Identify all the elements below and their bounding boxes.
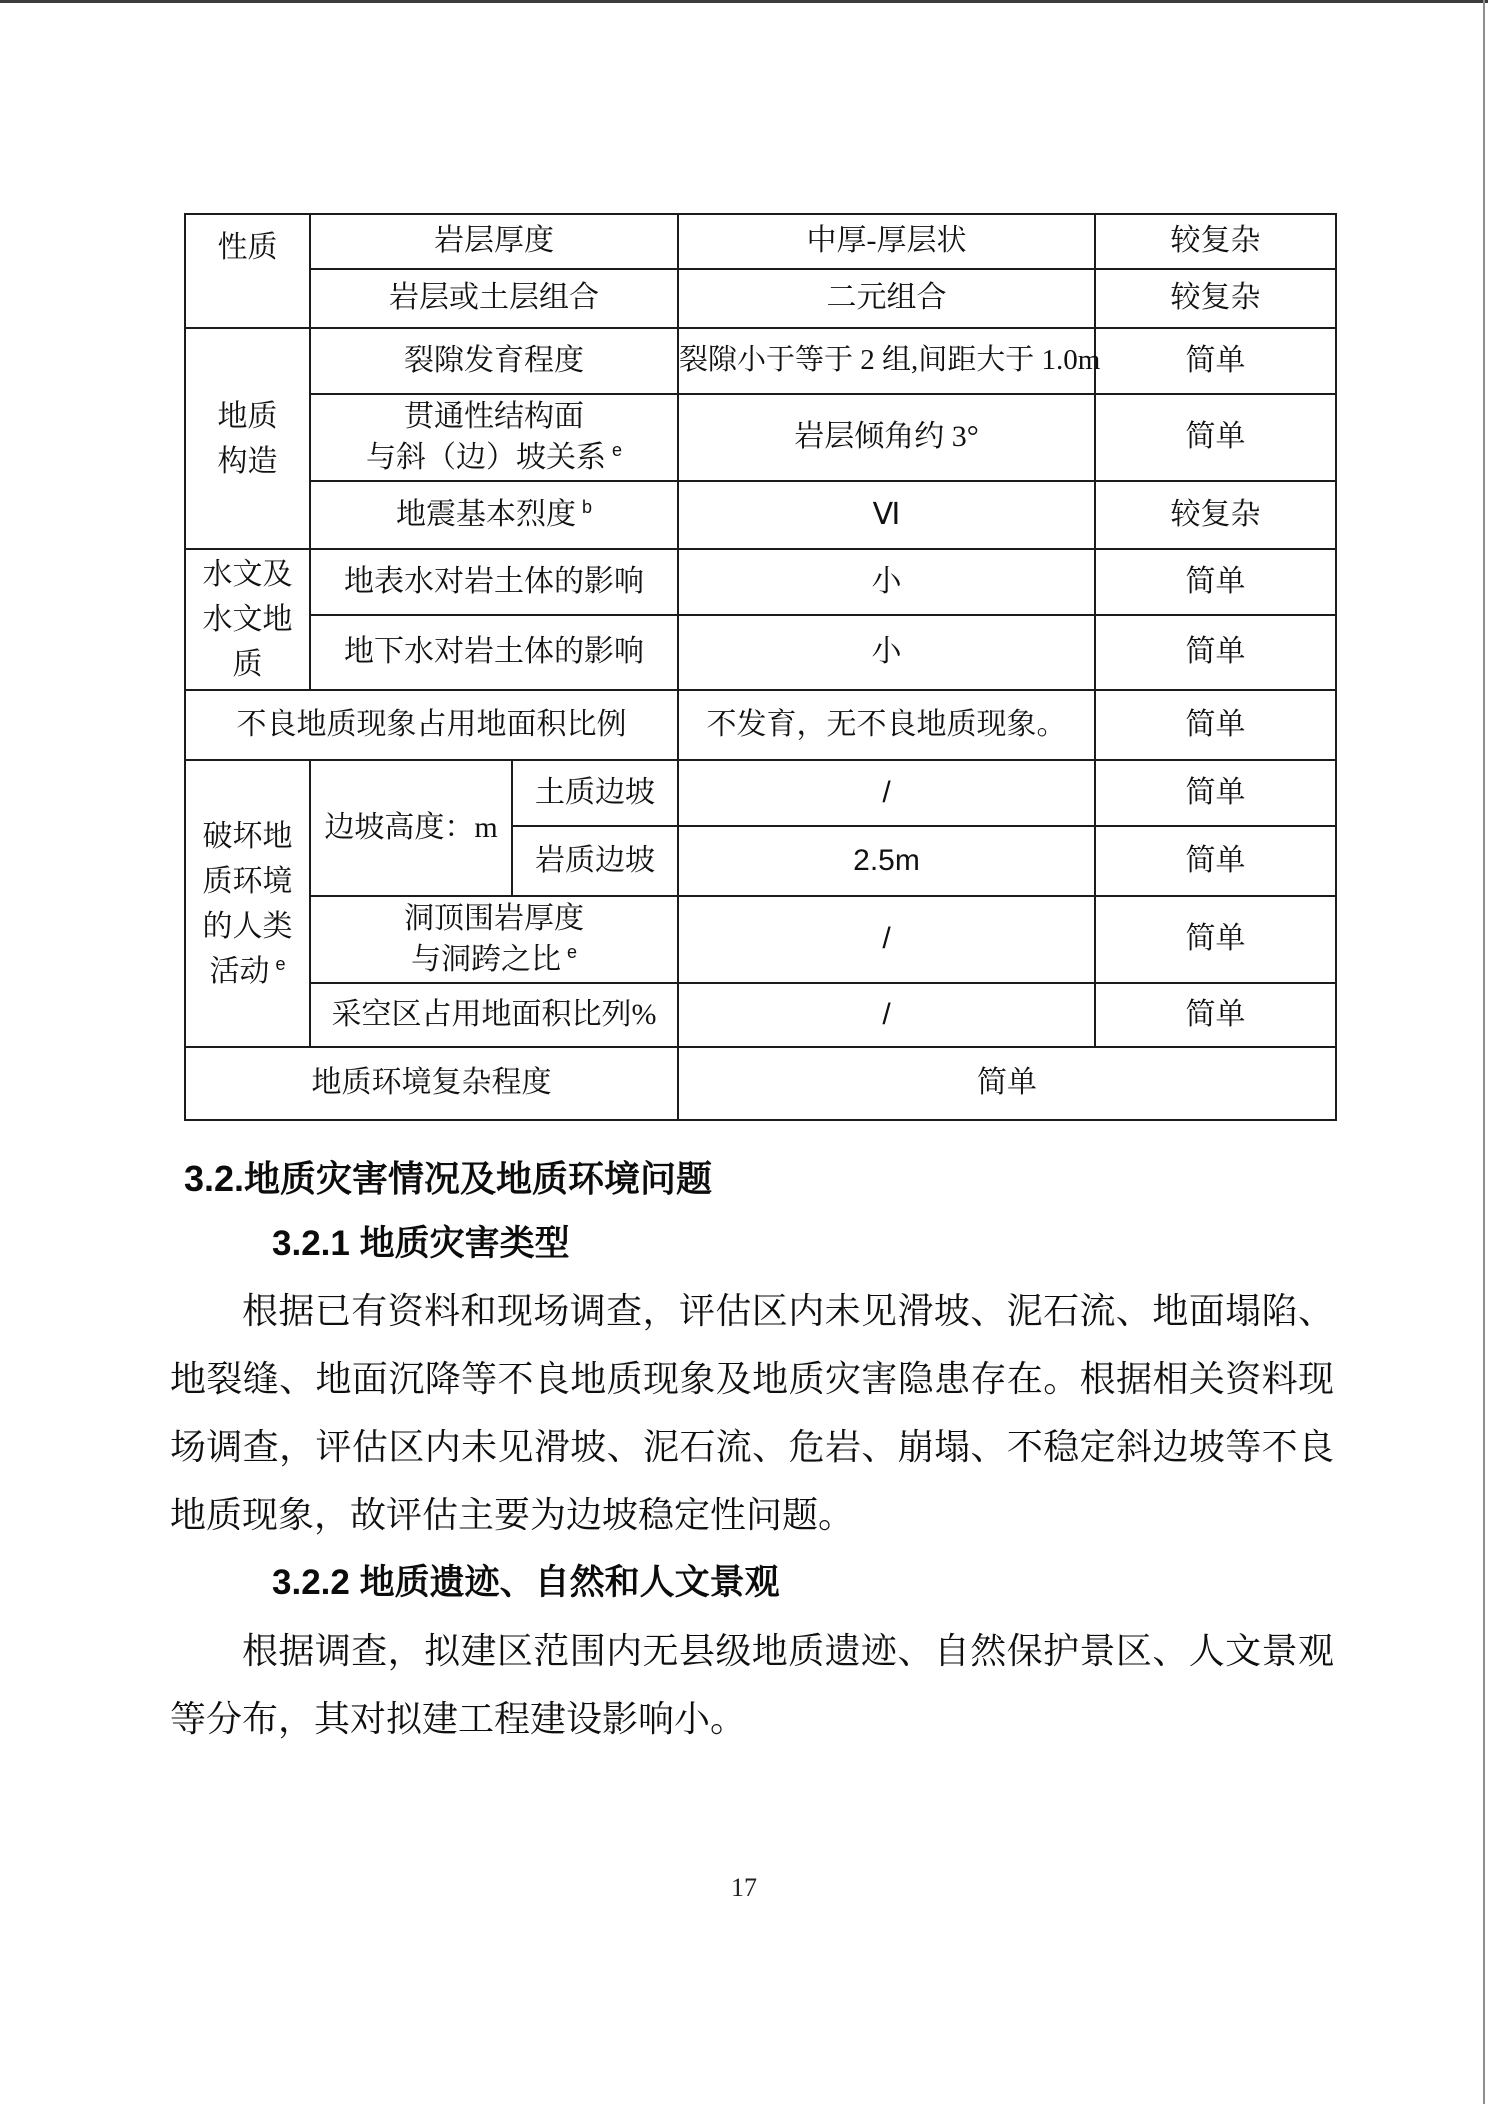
cell-label: 地下水对岩土体的影响 (310, 615, 678, 690)
cell-label-line: 与洞跨之比e (315, 940, 673, 981)
footnote-mark: e (275, 954, 285, 974)
group-label-line: 地质 (188, 394, 307, 439)
group-cell-gouzao: 地质 构造 (185, 328, 310, 549)
cell-grade: 较复杂 (1095, 269, 1336, 328)
table-row: 地质 构造 裂隙发育程度 裂隙小于等于 2 组,间距大于 1.0m 简单 (185, 328, 1336, 394)
group-label: 性质 (188, 225, 307, 270)
cell-grade: 简单 (1095, 394, 1336, 481)
page-number: 17 (0, 1873, 1488, 1903)
paragraph-heritage: 根据调查，拟建区范围内无县级地质遗迹、自然保护景区、人文景观 等分布，其对拟建工… (170, 1617, 1334, 1753)
table-row: 水文及 水文地 质 地表水对岩土体的影响 小 简单 (185, 549, 1336, 615)
cell-label: 土质边坡 (512, 760, 678, 826)
cell-label-text: 与斜（边）坡关系 (366, 441, 606, 474)
cell-label: 采空区占用地面积比列% (310, 983, 678, 1047)
cell-label: 地表水对岩土体的影响 (310, 549, 678, 615)
group-label-line: 的人类 (188, 904, 307, 949)
group-label-text: 活动 (209, 955, 269, 988)
scan-edge-right (1483, 0, 1485, 2104)
cell-value: 不发育，无不良地质现象。 (678, 690, 1095, 760)
table-row: 地质环境复杂程度 简单 (185, 1047, 1336, 1120)
cell-value: 小 (678, 615, 1095, 690)
cell-label: 岩层或土层组合 (310, 269, 678, 328)
cell-grade: 简单 (1095, 896, 1336, 983)
cell-value-complexity: 简单 (678, 1047, 1336, 1120)
group-label-line: 水文地 (188, 597, 307, 642)
section-heading-3-2-1: 3.2.1 地质灾害类型 (272, 1223, 570, 1265)
cell-value: / (678, 760, 1095, 826)
cell-label: 洞顶围岩厚度 与洞跨之比e (310, 896, 678, 983)
cell-grade: 较复杂 (1095, 481, 1336, 549)
cell-value: 小 (678, 549, 1095, 615)
cell-value: 裂隙小于等于 2 组,间距大于 1.0m (678, 328, 1095, 394)
document-page: 性质 岩层厚度 中厚-厚层状 较复杂 岩层或土层组合 二元组合 较复杂 地质 构… (0, 0, 1488, 2104)
table-row: 地震基本烈度b Ⅵ 较复杂 (185, 481, 1336, 549)
cell-label: 岩质边坡 (512, 826, 678, 896)
cell-grade: 简单 (1095, 983, 1336, 1047)
paragraph-line: 地裂缝、地面沉降等不良地质现象及地质灾害隐患存在。根据相关资料现 (170, 1345, 1334, 1413)
cell-label: 裂隙发育程度 (310, 328, 678, 394)
table-row: 性质 岩层厚度 中厚-厚层状 较复杂 (185, 214, 1336, 269)
cell-grade: 简单 (1095, 690, 1336, 760)
cell-value: 中厚-厚层状 (678, 214, 1095, 269)
group-cell-renlei-huodong: 破坏地 质环境 的人类 活动e (185, 760, 310, 1047)
cell-value: Ⅵ (678, 481, 1095, 549)
paragraph-line: 根据已有资料和现场调查，评估区内未见滑坡、泥石流、地面塌陷、 (170, 1277, 1334, 1345)
paragraph-line: 地质现象，故评估主要为边坡稳定性问题。 (170, 1481, 1334, 1549)
footnote-mark: e (612, 440, 622, 460)
section-heading-3-2-2: 3.2.2 地质遗迹、自然和人文景观 (272, 1562, 780, 1604)
group-label-line: 活动e (188, 949, 307, 994)
cell-label-text: 与洞跨之比 (411, 943, 561, 976)
footnote-mark: e (567, 942, 577, 962)
cell-label-line: 与斜（边）坡关系e (315, 438, 673, 479)
group-cell-xingzhi: 性质 (185, 214, 310, 328)
scan-edge-top (0, 0, 1488, 3)
group-label-line: 质 (188, 642, 307, 687)
cell-grade: 较复杂 (1095, 214, 1336, 269)
cell-label: 贯通性结构面 与斜（边）坡关系e (310, 394, 678, 481)
cell-label-line: 洞顶围岩厚度 (315, 899, 673, 940)
group-label-line: 构造 (188, 439, 307, 484)
group-label-line: 质环境 (188, 859, 307, 904)
cell-label: 地震基本烈度b (310, 481, 678, 549)
cell-grade: 简单 (1095, 826, 1336, 896)
cell-label-text: 地震基本烈度 (396, 498, 576, 531)
table-row: 洞顶围岩厚度 与洞跨之比e / 简单 (185, 896, 1336, 983)
cell-label: 岩层厚度 (310, 214, 678, 269)
table-row: 贯通性结构面 与斜（边）坡关系e 岩层倾角约 3° 简单 (185, 394, 1336, 481)
cell-slope-height: 边坡高度：m (310, 760, 512, 896)
table-row: 地下水对岩土体的影响 小 简单 (185, 615, 1336, 690)
geology-environment-table: 性质 岩层厚度 中厚-厚层状 较复杂 岩层或土层组合 二元组合 较复杂 地质 构… (184, 213, 1337, 1121)
cell-grade: 简单 (1095, 549, 1336, 615)
cell-value: 岩层倾角约 3° (678, 394, 1095, 481)
table-row: 破坏地 质环境 的人类 活动e 边坡高度：m 土质边坡 / 简单 (185, 760, 1336, 826)
cell-label-complexity: 地质环境复杂程度 (185, 1047, 678, 1120)
paragraph-disaster-types: 根据已有资料和现场调查，评估区内未见滑坡、泥石流、地面塌陷、 地裂缝、地面沉降等… (170, 1277, 1334, 1549)
group-label-line: 破坏地 (188, 814, 307, 859)
cell-grade: 简单 (1095, 760, 1336, 826)
table-row: 岩层或土层组合 二元组合 较复杂 (185, 269, 1336, 328)
paragraph-line: 场调查，评估区内未见滑坡、泥石流、危岩、崩塌、不稳定斜边坡等不良 (170, 1413, 1334, 1481)
group-cell-shuiwen: 水文及 水文地 质 (185, 549, 310, 690)
paragraph-line: 等分布，其对拟建工程建设影响小。 (170, 1685, 1334, 1753)
cell-value: 2.5m (678, 826, 1095, 896)
table-row: 不良地质现象占用地面积比例 不发育，无不良地质现象。 简单 (185, 690, 1336, 760)
cell-grade: 简单 (1095, 328, 1336, 394)
paragraph-line: 根据调查，拟建区范围内无县级地质遗迹、自然保护景区、人文景观 (170, 1617, 1334, 1685)
cell-value: 二元组合 (678, 269, 1095, 328)
table-row: 采空区占用地面积比列% / 简单 (185, 983, 1336, 1047)
group-label-line: 水文及 (188, 552, 307, 597)
cell-value: / (678, 896, 1095, 983)
cell-grade: 简单 (1095, 615, 1336, 690)
cell-label-line: 贯通性结构面 (315, 397, 673, 438)
footnote-mark: b (582, 497, 592, 517)
section-heading-3-2: 3.2.地质灾害情况及地质环境问题 (184, 1157, 712, 1200)
cell-label: 不良地质现象占用地面积比例 (185, 690, 678, 760)
cell-value: / (678, 983, 1095, 1047)
